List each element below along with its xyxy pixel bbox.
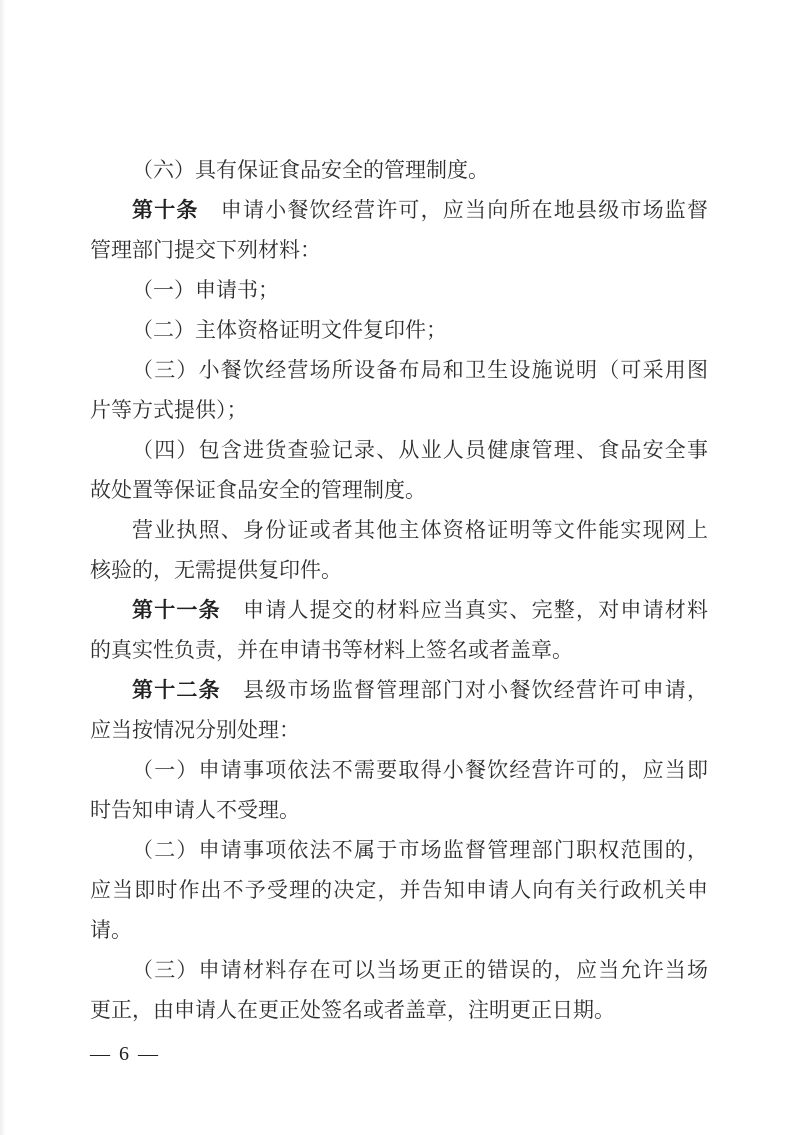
text-line: 第十条 申请小餐饮经营许可，应当向所在地县级市场监督 [90, 190, 708, 230]
document-page: （六）具有保证食品安全的管理制度。第十条 申请小餐饮经营许可，应当向所在地县级市… [0, 0, 791, 1135]
text-line: 更正，由申请人在更正处签名或者盖章，注明更正日期。 [90, 990, 708, 1030]
article-number: 第十一条 [132, 598, 221, 622]
text-line: 第十一条 申请人提交的材料应当真实、完整，对申请材料 [90, 590, 708, 630]
text-line: （四）包含进货查验记录、从业人员健康管理、食品安全事 [90, 430, 708, 470]
text-line: 核验的，无需提供复印件。 [90, 550, 708, 590]
text-line: （一）申请书； [90, 270, 708, 310]
text-line: 片等方式提供）； [90, 390, 708, 430]
text-line: （二）申请事项依法不属于市场监督管理部门职权范围的， [90, 830, 708, 870]
text-line: 营业执照、身份证或者其他主体资格证明等文件能实现网上 [90, 510, 708, 550]
page-number: — 6 — [90, 1042, 160, 1066]
text-line: 请。 [90, 910, 708, 950]
text-line: 时告知申请人不受理。 [90, 790, 708, 830]
text-line: 管理部门提交下列材料： [90, 230, 708, 270]
scan-edge-shadow [0, 0, 6, 1135]
document-body: （六）具有保证食品安全的管理制度。第十条 申请小餐饮经营许可，应当向所在地县级市… [90, 150, 708, 1030]
text-line: 故处置等保证食品安全的管理制度。 [90, 470, 708, 510]
article-number: 第十条 [132, 198, 199, 222]
text-line: （六）具有保证食品安全的管理制度。 [90, 150, 708, 190]
text-line: 应当按情况分别处理： [90, 710, 708, 750]
text-line: （三）小餐饮经营场所设备布局和卫生设施说明（可采用图 [90, 350, 708, 390]
text-line: 的真实性负责，并在申请书等材料上签名或者盖章。 [90, 630, 708, 670]
text-line: （二）主体资格证明文件复印件； [90, 310, 708, 350]
text-line: （一）申请事项依法不需要取得小餐饮经营许可的，应当即 [90, 750, 708, 790]
text-line: （三）申请材料存在可以当场更正的错误的，应当允许当场 [90, 950, 708, 990]
text-line: 第十二条 县级市场监督管理部门对小餐饮经营许可申请， [90, 670, 708, 710]
article-number: 第十二条 [132, 678, 221, 702]
text-line: 应当即时作出不予受理的决定，并告知申请人向有关行政机关申 [90, 870, 708, 910]
